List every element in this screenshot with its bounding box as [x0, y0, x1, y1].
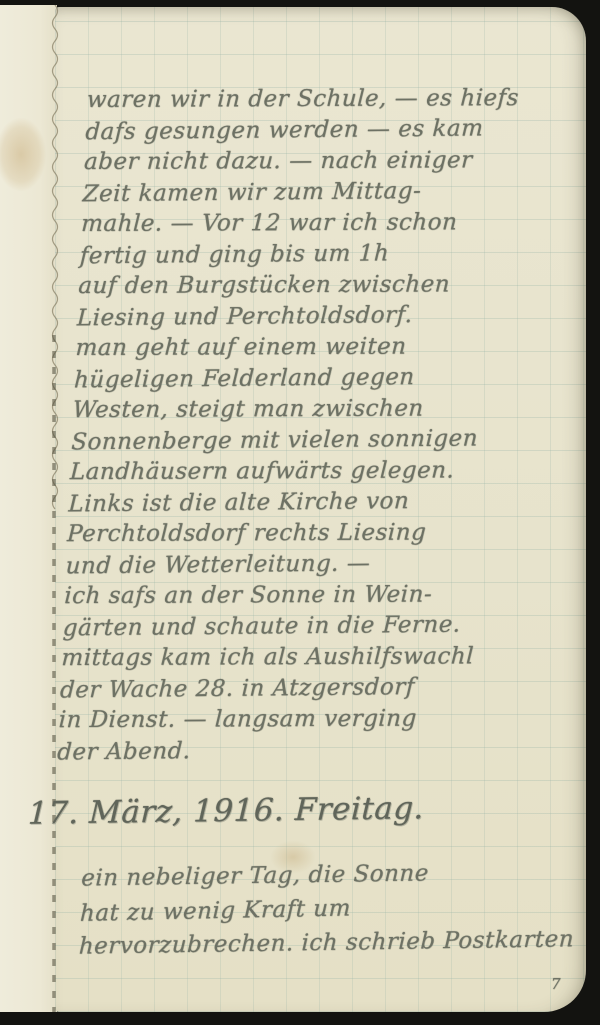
- handwriting-line: und die Wetterleitung. —: [65, 547, 556, 583]
- handwriting-line: gärten und schaute in die Ferne.: [62, 609, 553, 645]
- diary-continuation-paragraph: waren wir in der Schule, — es hiefsdafs …: [57, 82, 578, 768]
- handwriting-line: waren wir in der Schule, — es hiefs: [86, 83, 577, 116]
- page-number: 7: [551, 975, 561, 993]
- perforation-edge: [45, 5, 63, 1012]
- handwriting-line: Zeit kamen wir zum Mittag-: [82, 175, 573, 211]
- handwriting-line: mahle. — Vor 12 war ich schon: [80, 207, 571, 240]
- diary-date-heading: 17. März, 1916. Freitag.: [27, 790, 424, 832]
- handwriting-line: Liesing und Perchtoldsdorf.: [76, 299, 567, 335]
- handwriting-line: Landhäusern aufwärts gelegen.: [69, 455, 560, 488]
- handwriting-line: Perchtoldsdorf rechts Liesing: [66, 517, 557, 550]
- handwriting-line: Westen, steigt man zwischen: [72, 393, 563, 426]
- handwriting-line: mittags kam ich als Aushilfswachl: [61, 641, 552, 674]
- handwriting-line: fertig und ging bis um 1h: [79, 237, 570, 273]
- handwriting-line: dafs gesungen werden — es kam: [85, 113, 576, 149]
- handwriting-line: Sonnenberge mit vielen sonnigen: [71, 423, 562, 459]
- handwriting-line: in Dienst. — langsam verging: [58, 703, 549, 736]
- handwriting-line: aber nicht dazu. — nach einiger: [83, 145, 574, 178]
- handwriting-line: man geht auf einem weiten: [75, 331, 566, 364]
- handwriting-line: hügeligen Felderland gegen: [73, 361, 564, 397]
- diary-entry-paragraph: ein nebeliger Tag, die Sonnehat zu wenig…: [78, 854, 561, 964]
- notebook-scan: waren wir in der Schule, — es hiefsdafs …: [0, 0, 600, 1025]
- handwriting-line: der Abend.: [57, 733, 548, 769]
- handwriting-line: der Wache 28. in Atzgersdorf: [59, 671, 550, 707]
- handwriting-line: hervorzubrechen. ich schrieb Postkarten: [78, 922, 559, 963]
- handwriting-line: auf den Burgstücken zwischen: [78, 269, 569, 302]
- handwriting-line: ich safs an der Sonne in Wein-: [64, 579, 555, 612]
- handwriting-line: Links ist die alte Kirche von: [68, 485, 559, 521]
